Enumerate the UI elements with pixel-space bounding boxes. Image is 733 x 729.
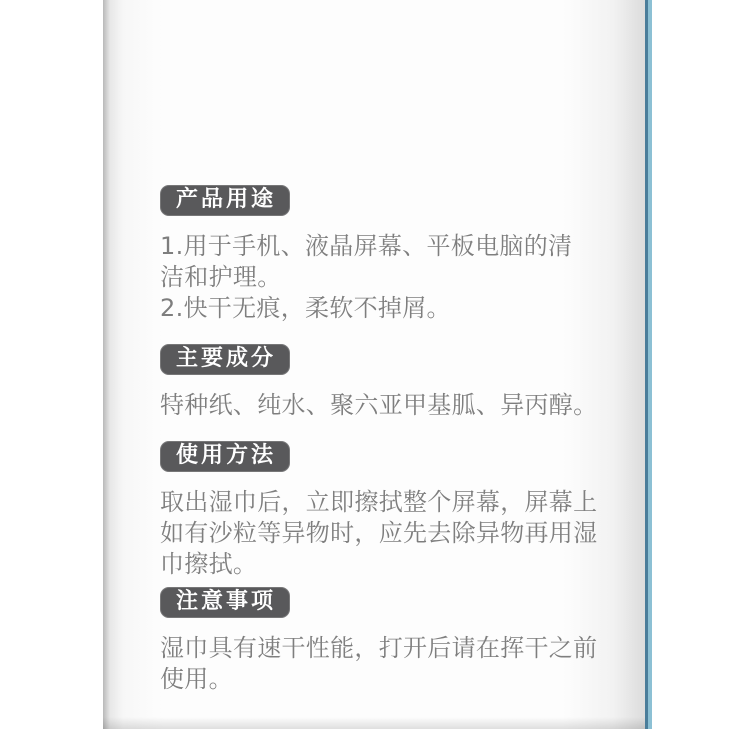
product-description-image: 产品用途 1.用于手机、液晶屏幕、平板电脑的清 洁和护理。 2.快干无痕，柔软不… — [0, 0, 733, 729]
body-text-line: 特种纸、纯水、聚六亚甲基胍、异丙醇。 — [160, 390, 607, 421]
usage-method-text: 取出湿巾后，立即擦拭整个屏幕，屏幕上 如有沙粒等异物时，应先去除异物再用湿 巾擦… — [160, 487, 607, 580]
section-usage-method: 使用方法 取出湿巾后，立即擦拭整个屏幕，屏幕上 如有沙粒等异物时，应先去除异物再… — [160, 441, 607, 580]
product-panel-card: 产品用途 1.用于手机、液晶屏幕、平板电脑的清 洁和护理。 2.快干无痕，柔软不… — [103, 0, 645, 729]
accent-stripe — [645, 0, 652, 729]
ingredients-text: 特种纸、纯水、聚六亚甲基胍、异丙醇。 — [160, 390, 607, 421]
section-ingredients: 主要成分 特种纸、纯水、聚六亚甲基胍、异丙醇。 — [160, 344, 607, 421]
product-use-badge: 产品用途 — [160, 185, 290, 216]
cautions-text: 湿巾具有速干性能，打开后请在挥干之前 使用。 — [160, 633, 607, 695]
product-use-text: 1.用于手机、液晶屏幕、平板电脑的清 洁和护理。 2.快干无痕，柔软不掉屑。 — [160, 231, 607, 324]
panel-content: 产品用途 1.用于手机、液晶屏幕、平板电脑的清 洁和护理。 2.快干无痕，柔软不… — [103, 0, 645, 695]
body-text-line: 使用。 — [160, 664, 607, 695]
body-text-line: 取出湿巾后，立即擦拭整个屏幕，屏幕上 — [160, 487, 607, 518]
usage-method-badge: 使用方法 — [160, 441, 290, 472]
section-cautions: 注意事项 湿巾具有速干性能，打开后请在挥干之前 使用。 — [160, 587, 607, 695]
body-text-line: 洁和护理。 — [160, 262, 607, 293]
ingredients-badge: 主要成分 — [160, 344, 290, 375]
body-text-line: 湿巾具有速干性能，打开后请在挥干之前 — [160, 633, 607, 664]
body-text-line: 巾擦拭。 — [160, 549, 607, 580]
body-text-line: 如有沙粒等异物时，应先去除异物再用湿 — [160, 518, 607, 549]
body-text-line: 1.用于手机、液晶屏幕、平板电脑的清 — [160, 231, 607, 262]
section-product-use: 产品用途 1.用于手机、液晶屏幕、平板电脑的清 洁和护理。 2.快干无痕，柔软不… — [160, 185, 607, 324]
cautions-badge: 注意事项 — [160, 587, 290, 618]
body-text-line: 2.快干无痕，柔软不掉屑。 — [160, 293, 607, 324]
